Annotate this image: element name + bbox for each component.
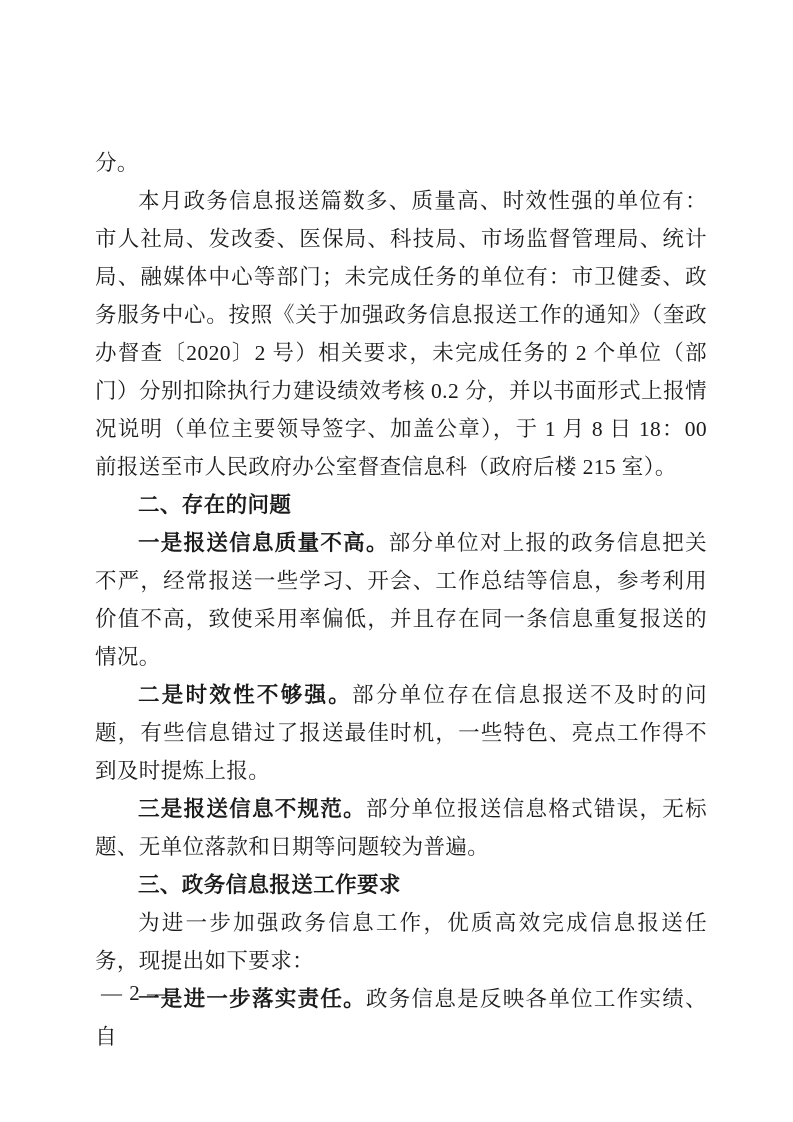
- paragraph-lead: 二是时效性不够强。: [138, 683, 352, 707]
- paragraph-problem-1: 一是报送信息质量不高。部分单位对上报的政务信息把关不严，经常报送一些学习、开会、…: [95, 524, 707, 676]
- section-heading-requirements: 三、政务信息报送工作要求: [95, 866, 707, 904]
- section-heading-problems: 二、存在的问题: [95, 486, 707, 524]
- paragraph-continuation: 分。: [95, 144, 707, 182]
- paragraph-lead: 一是进一步落实责任。: [138, 987, 366, 1011]
- paragraph-problem-3: 三是报送信息不规范。部分单位报送信息格式错误，无标题、无单位落款和日期等问题较为…: [95, 790, 707, 866]
- paragraph-lead: 三是报送信息不规范。: [138, 797, 366, 821]
- paragraph-requirements-intro: 为进一步加强政务信息工作，优质高效完成信息报送任务，现提出如下要求：: [95, 904, 707, 980]
- document-body: 分。 本月政务信息报送篇数多、质量高、时效性强的单位有：市人社局、发改委、医保局…: [95, 144, 707, 1056]
- paragraph-requirement-1: 一是进一步落实责任。政务信息是反映各单位工作实绩、自: [95, 980, 707, 1056]
- document-page: 分。 本月政务信息报送篇数多、质量高、时效性强的单位有：市人社局、发改委、医保局…: [0, 0, 793, 1122]
- paragraph-lead: 一是报送信息质量不高。: [138, 531, 389, 555]
- paragraph-monthly-report-summary: 本月政务信息报送篇数多、质量高、时效性强的单位有：市人社局、发改委、医保局、科技…: [95, 182, 707, 486]
- page-number: — 2 —: [101, 980, 169, 1006]
- paragraph-problem-2: 二是时效性不够强。部分单位存在信息报送不及时的问题，有些信息错过了报送最佳时机，…: [95, 676, 707, 790]
